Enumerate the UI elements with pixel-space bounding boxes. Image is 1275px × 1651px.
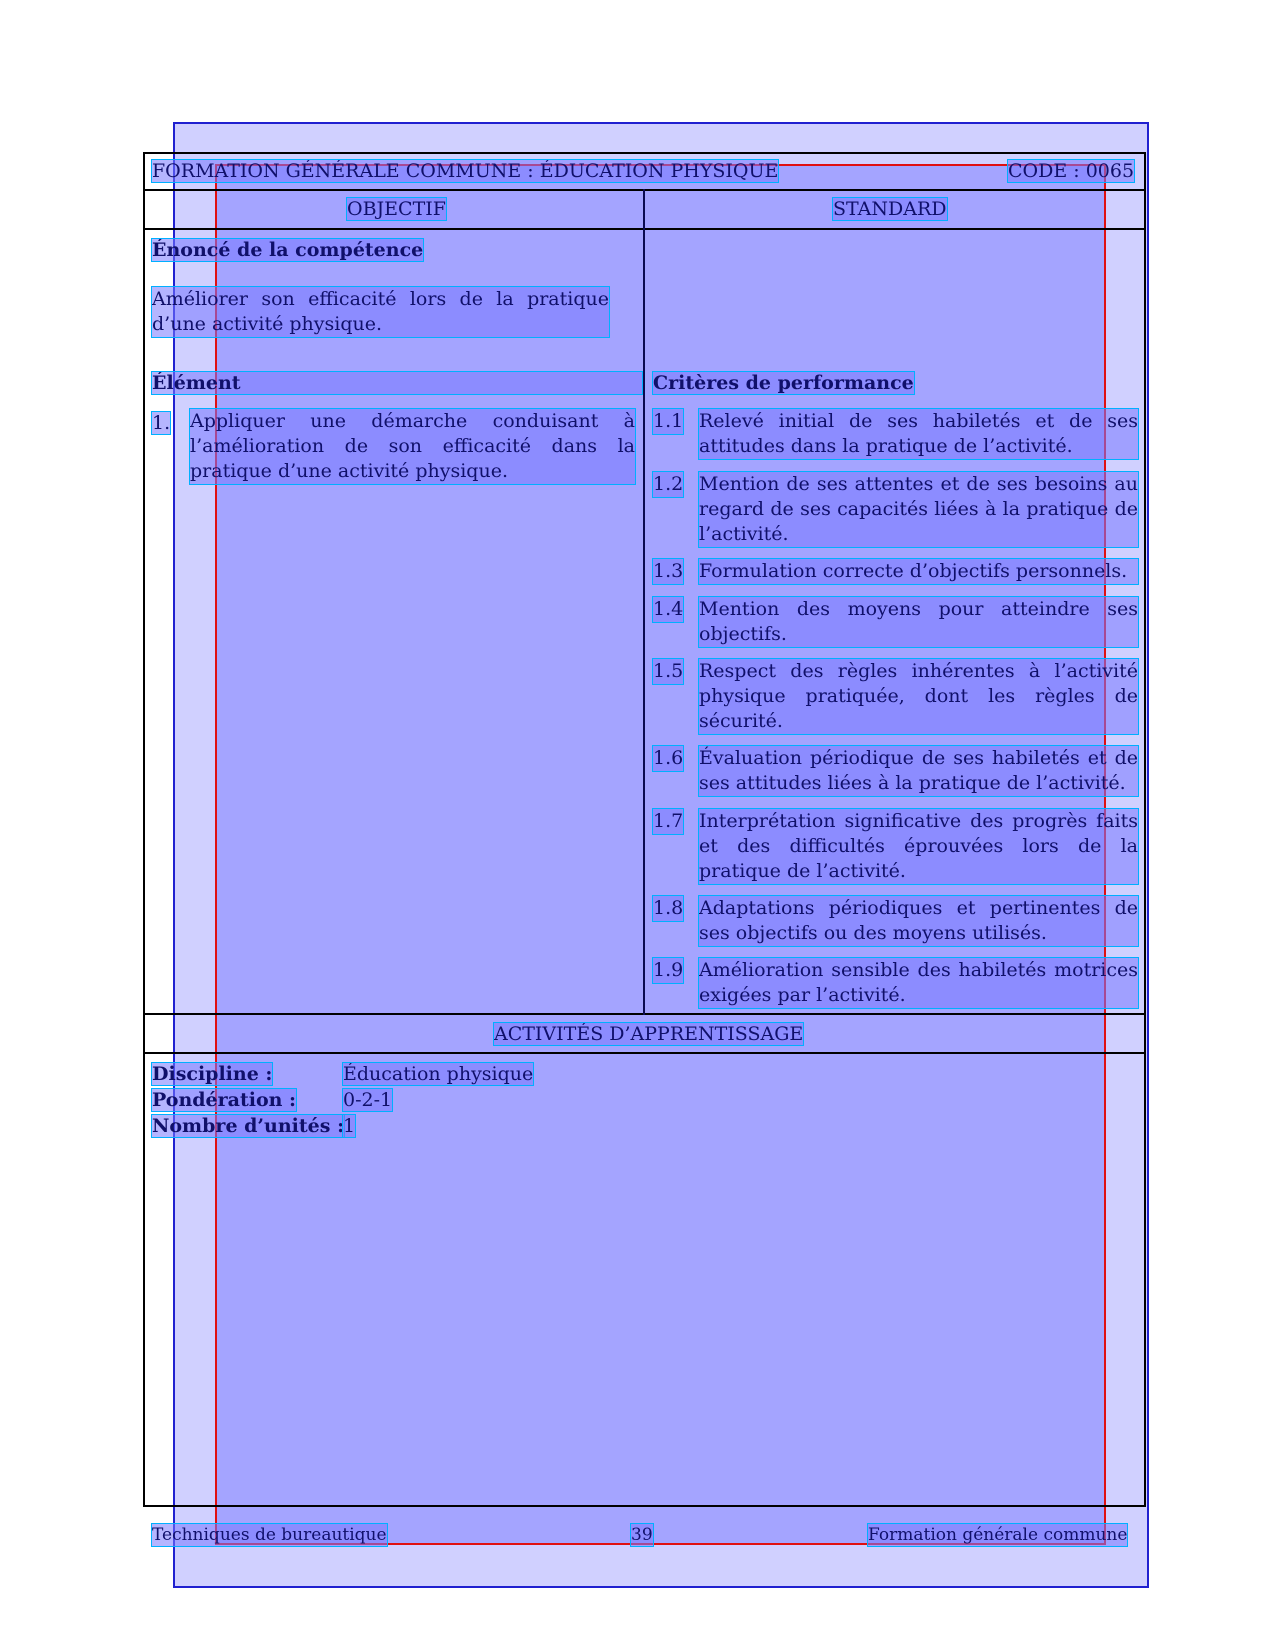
competence-heading: Énoncé de la compétence [152,239,423,261]
criterion-number: 1.3 [653,559,683,584]
criterion-number: 1.2 [653,472,683,497]
units-value: 1 [343,1115,355,1137]
element-number: 1. [152,412,170,434]
criterion-text: Interprétation significative des progrès… [699,809,1138,884]
criterion-text: Relevé initial de ses habiletés et de se… [699,409,1138,459]
element-text: Appliquer une démarche conduisant à l’am… [190,409,635,484]
criterion-text: Évaluation périodique de ses habiletés e… [699,746,1138,796]
criterion-number: 1.9 [653,958,683,983]
units-label: Nombre d’unités : [152,1115,344,1137]
criterion-text: Mention des moyens pour atteindre ses ob… [699,597,1138,647]
ponderation-label: Pondération : [152,1089,296,1111]
criterion-text: Amélioration sensible des habiletés motr… [699,958,1138,1008]
competence-text: Améliorer son efficacité lors de la prat… [152,287,609,337]
criterion-number: 1.5 [653,659,683,684]
discipline-value: Éducation physique [343,1063,533,1085]
discipline-label: Discipline : [152,1063,272,1085]
criterion-number: 1.7 [653,809,683,834]
criterion-text: Mention de ses attentes et de ses besoin… [699,472,1138,547]
page-number: 39 [631,1524,653,1546]
divider [143,1052,1146,1054]
criteria-heading: Critères de performance [653,372,914,394]
element-heading: Élément [152,372,642,394]
criterion-number: 1.4 [653,597,683,622]
criterion-number: 1.8 [653,896,683,921]
footer-section: Formation générale commune [868,1524,1127,1546]
column-header-objectif: OBJECTIF [347,198,446,220]
criterion-number: 1.6 [653,746,683,771]
criterion-text: Respect des règles inhérentes à l’activi… [699,659,1138,734]
column-divider [643,189,645,1015]
criterion-text: Formulation correcte d’objectifs personn… [699,559,1138,584]
ponderation-value: 0-2-1 [343,1089,392,1111]
criterion-number: 1.1 [653,409,683,434]
activities-heading: ACTIVITÉS D’APPRENTISSAGE [494,1023,803,1045]
footer-program: Techniques de bureautique [152,1524,387,1546]
criterion-text: Adaptations périodiques et pertinentes d… [699,896,1138,946]
column-header-standard: STANDARD [833,198,947,220]
document-code: CODE : 0065 [1008,160,1134,182]
document-title: FORMATION GÉNÉRALE COMMUNE : ÉDUCATION P… [152,160,778,182]
